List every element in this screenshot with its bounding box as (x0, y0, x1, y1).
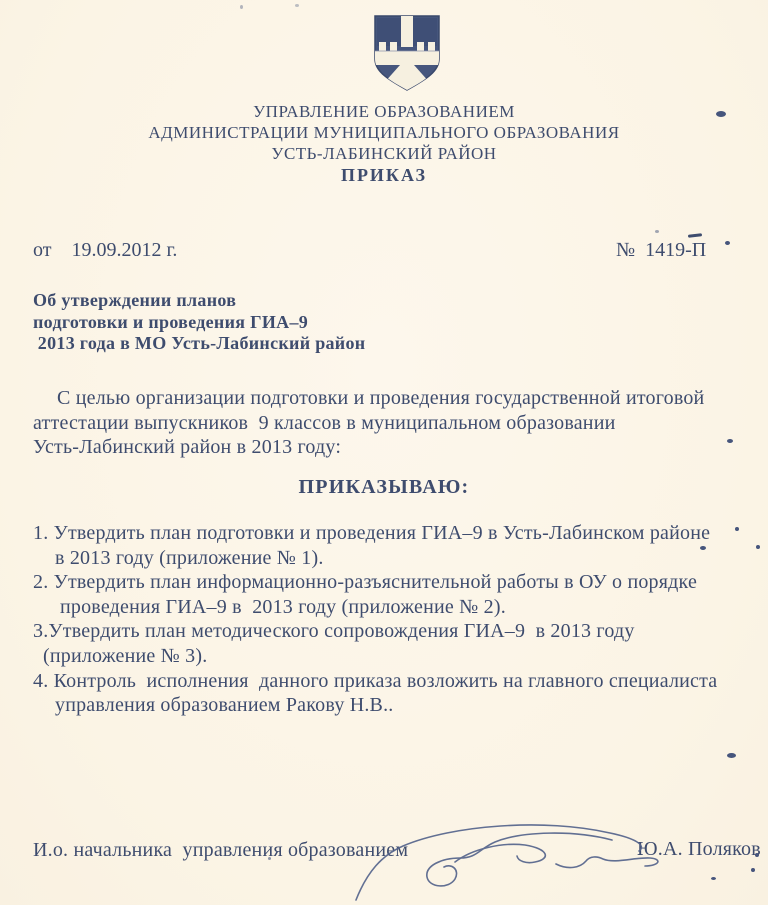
org-name-line-2: АДМИНИСТРАЦИИ МУНИЦИПАЛЬНОГО ОБРАЗОВАНИЯ (0, 122, 768, 143)
scan-speck (716, 111, 726, 117)
scan-speck (295, 4, 299, 7)
org-name-line-1: УПРАВЛЕНИЕ ОБРАЗОВАНИЕМ (0, 101, 768, 122)
order-item-4-line-1: 4. Контроль исполнения данного приказа в… (33, 669, 753, 694)
scan-speck (755, 853, 759, 857)
org-name-line-3: УСТЬ-ЛАБИНСКИЙ РАЙОН (0, 143, 768, 164)
preamble-line-3: Усть-Лабинский район в 2013 году: (33, 435, 743, 460)
subject-block: Об утверждении планов подготовки и прове… (33, 290, 365, 355)
scan-speck (727, 439, 733, 443)
scanned-order-document: УПРАВЛЕНИЕ ОБРАЗОВАНИЕМ АДМИНИСТРАЦИИ МУ… (0, 0, 768, 905)
order-item-2-line-1: 2. Утвердить план информационно-разъясни… (33, 570, 753, 595)
order-item-4-line-2: управления образованием Ракову Н.В.. (33, 693, 753, 718)
subject-line-1: Об утверждении планов (33, 290, 365, 312)
document-type-title: ПРИКАЗ (0, 165, 768, 186)
scan-speck (727, 753, 736, 758)
order-item-3-line-2: (приложение № 3). (33, 644, 753, 669)
scan-speck (711, 877, 716, 880)
scan-speck (725, 241, 730, 245)
order-item-1-line-1: 1. Утвердить план подготовки и проведени… (33, 521, 753, 546)
resolution-word: ПРИКАЗЫВАЮ: (0, 476, 768, 499)
pen-dash-mark (688, 233, 702, 237)
order-items-list: 1. Утвердить план подготовки и проведени… (33, 521, 753, 718)
order-item-1-line-2: в 2013 году (приложение № 1). (33, 546, 753, 571)
scan-speck (655, 230, 659, 233)
scan-speck (700, 546, 706, 550)
scan-speck (240, 5, 243, 9)
preamble-line-2: аттестации выпускников 9 классов в муниц… (33, 411, 743, 436)
preamble-paragraph: С целью организации подготовки и проведе… (33, 386, 743, 460)
coat-of-arms-icon (371, 13, 443, 93)
scan-speck (756, 545, 760, 549)
scan-speck (735, 527, 739, 531)
order-date: от 19.09.2012 г. (33, 239, 177, 262)
subject-line-3: 2013 года в МО Усть-Лабинский район (33, 333, 365, 355)
org-header: УПРАВЛЕНИЕ ОБРАЗОВАНИЕМ АДМИНИСТРАЦИИ МУ… (0, 101, 768, 186)
order-number: № 1419-П (616, 239, 706, 262)
scan-speck (751, 868, 755, 872)
signatory-position-title: И.о. начальника управления образованием (33, 839, 408, 862)
signatory-name: Ю.А. Поляков (637, 838, 761, 861)
preamble-line-1: С целью организации подготовки и проведе… (33, 386, 743, 411)
scan-speck (268, 857, 271, 860)
subject-line-2: подготовки и проведения ГИА–9 (33, 312, 365, 334)
order-item-2-line-2: проведения ГИА–9 в 2013 году (приложение… (33, 595, 753, 620)
order-item-3-line-1: 3.Утвердить план методического сопровожд… (33, 619, 753, 644)
